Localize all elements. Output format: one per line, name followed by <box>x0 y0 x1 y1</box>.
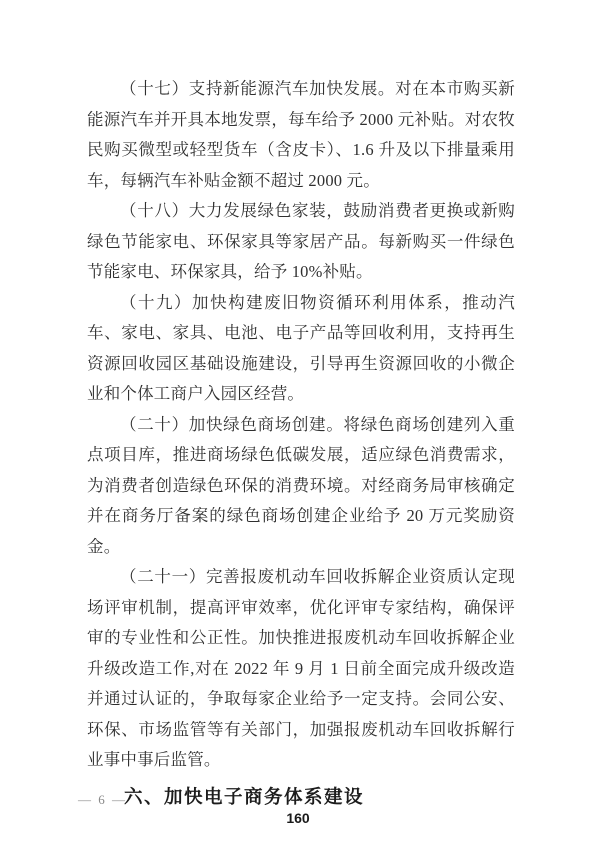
paragraph-20: （二十）加快绿色商场创建。将绿色商场创建列入重点项目库，推进商场绿色低碳发展，适… <box>87 410 515 563</box>
page-label: — 6 — <box>78 792 127 808</box>
paragraph-18: （十八）大力发展绿色家装，鼓励消费者更换或新购绿色节能家电、环保家具等家居产品。… <box>87 196 515 288</box>
paragraph-19: （十九）加快构建废旧物资循环利用体系，推动汽车、家电、家具、电池、电子产品等回收… <box>87 288 515 410</box>
document-body: （十七）支持新能源汽车加快发展。对在本市购买新能源汽车并开具本地发票，每车给予 … <box>87 74 515 812</box>
document-page: （十七）支持新能源汽车加快发展。对在本市购买新能源汽车并开具本地发票，每车给予 … <box>0 0 600 848</box>
paragraph-21: （二十一）完善报废机动车回收拆解企业资质认定现场评审机制，提高评审效率，优化评审… <box>87 562 515 776</box>
paragraph-17: （十七）支持新能源汽车加快发展。对在本市购买新能源汽车并开具本地发票，每车给予 … <box>87 74 515 196</box>
section-heading: 六、加快电子商务体系建设 <box>87 782 515 813</box>
page-number: 160 <box>0 810 596 826</box>
